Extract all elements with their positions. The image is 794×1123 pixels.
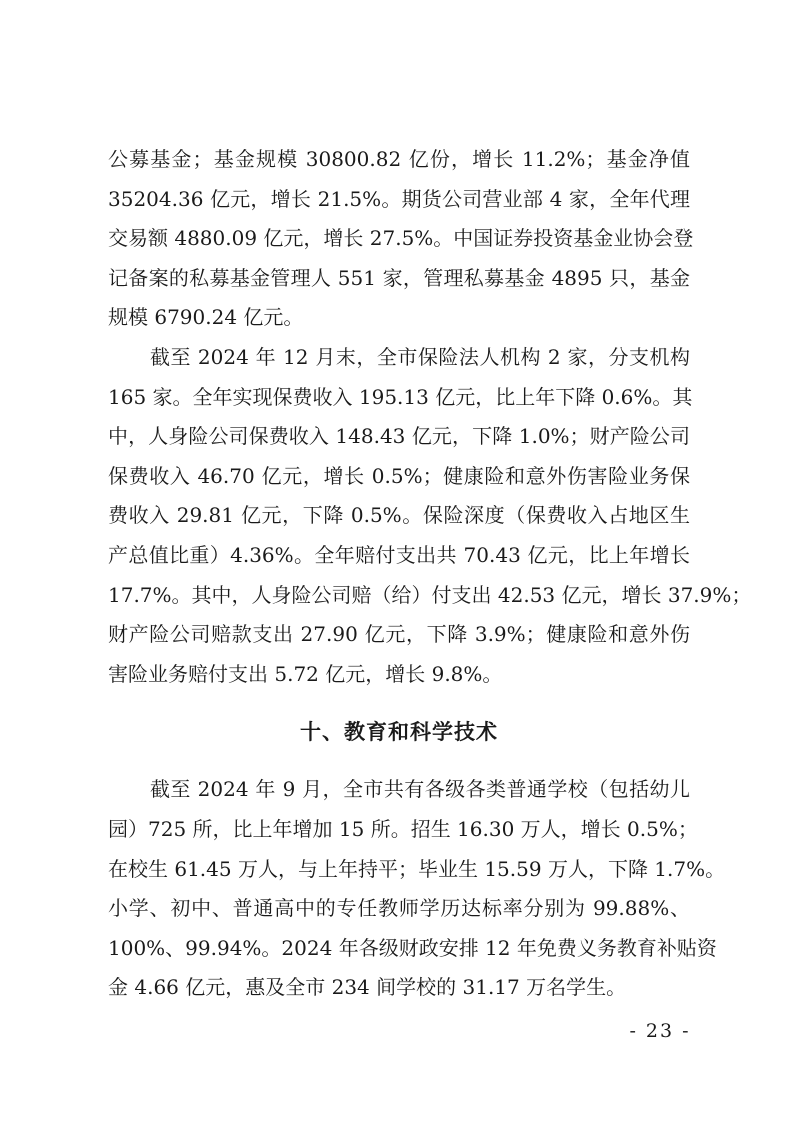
text-line: 公募基金；基金规模 30800.82 亿份，增长 11.2%；基金净值 [108, 140, 690, 180]
paragraph-education: 截至 2024 年 9 月，全市共有各级各类普通学校（包括幼儿 园）725 所，… [108, 770, 690, 1008]
document-page-body: 公募基金；基金规模 30800.82 亿份，增长 11.2%；基金净值 3520… [108, 140, 690, 1008]
paragraph-insurance: 截至 2024 年 12 月末，全市保险法人机构 2 家，分支机构 165 家。… [108, 338, 690, 694]
text-line: 交易额 4880.09 亿元，增长 27.5%。中国证券投资基金业协会登 [108, 219, 690, 259]
text-line: 产总值比重）4.36%。全年赔付支出共 70.43 亿元，比上年增长 [108, 536, 690, 576]
text-line: 截至 2024 年 12 月末，全市保险法人机构 2 家，分支机构 [108, 338, 690, 378]
text-line: 费收入 29.81 亿元，下降 0.5%。保险深度（保费收入占地区生 [108, 496, 690, 536]
text-line: 100%、99.94%。2024 年各级财政安排 12 年免费义务教育补贴资 [108, 929, 690, 969]
text-line: 小学、初中、普通高中的专任教师学历达标率分别为 99.88%、 [108, 889, 690, 929]
text-line: 保费收入 46.70 亿元，增长 0.5%；健康险和意外伤害险业务保 [108, 457, 690, 497]
text-line: 在校生 61.45 万人，与上年持平；毕业生 15.59 万人，下降 1.7%。 [108, 850, 690, 890]
text-line: 害险业务赔付支出 5.72 亿元，增长 9.8%。 [108, 655, 690, 695]
text-line: 165 家。全年实现保费收入 195.13 亿元，比上年下降 0.6%。其 [108, 378, 690, 418]
text-line: 金 4.66 亿元，惠及全市 234 间学校的 31.17 万名学生。 [108, 968, 690, 1008]
text-line: 规模 6790.24 亿元。 [108, 298, 690, 338]
text-line: 财产险公司赔款支出 27.90 亿元，下降 3.9%；健康险和意外伤 [108, 615, 690, 655]
page-number: - 23 - [620, 1020, 700, 1042]
text-line: 园）725 所，比上年增加 15 所。招生 16.30 万人，增长 0.5%； [108, 810, 690, 850]
section-heading: 十、教育和科学技术 [108, 712, 690, 752]
text-line: 记备案的私募基金管理人 551 家，管理私募基金 4895 只，基金 [108, 259, 690, 299]
paragraph-fund-continuation: 公募基金；基金规模 30800.82 亿份，增长 11.2%；基金净值 3520… [108, 140, 690, 338]
text-line: 中，人身险公司保费收入 148.43 亿元，下降 1.0%；财产险公司 [108, 417, 690, 457]
text-line: 17.7%。其中，人身险公司赔（给）付支出 42.53 亿元，增长 37.9%； [108, 576, 690, 616]
text-line: 截至 2024 年 9 月，全市共有各级各类普通学校（包括幼儿 [108, 770, 690, 810]
text-line: 35204.36 亿元，增长 21.5%。期货公司营业部 4 家，全年代理 [108, 180, 690, 220]
